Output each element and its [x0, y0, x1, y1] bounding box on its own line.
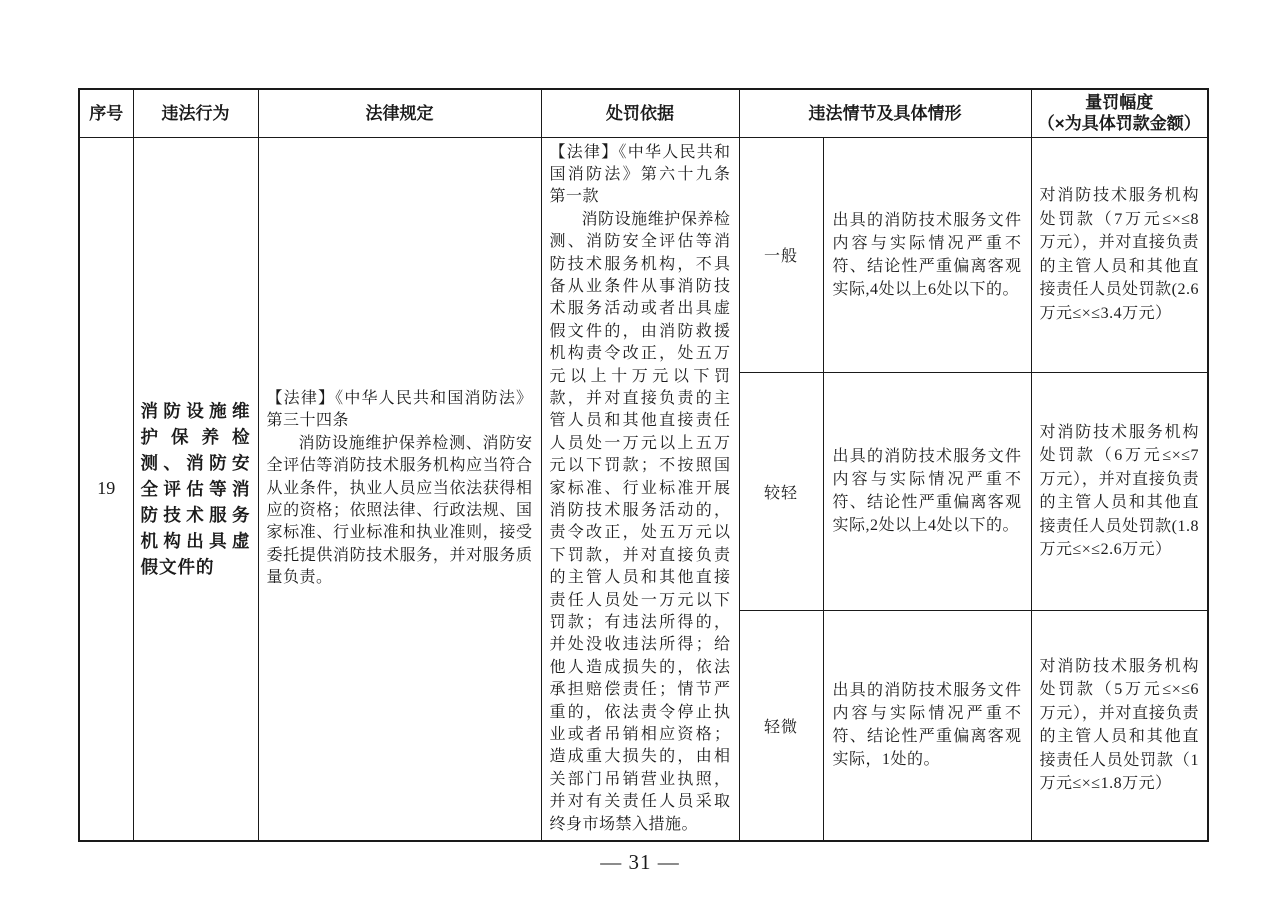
document-page: 序号 违法行为 法律规定 处罚依据 违法情节及具体情形 量罚幅度 （×为具体罚款… [0, 0, 1280, 905]
header-illegal-behavior: 违法行为 [133, 89, 258, 137]
situation-text: 出具的消防技术服务文件内容与实际情况严重不符、结论性严重偏离客观实际,4处以上6… [823, 137, 1031, 372]
page-number: — 31 — [0, 850, 1280, 875]
header-circumstances: 违法情节及具体情形 [739, 89, 1031, 137]
legal-provision-cell: 【法律】《中华人民共和国消防法》第三十四条 消防设施维护保养检测、消防安全评估等… [258, 137, 541, 841]
table-row-general: 19 消防设施维护保养检测、消防安全评估等消防技术服务机构出具虚假文件的 【法律… [79, 137, 1208, 372]
severity-level: 一般 [739, 137, 823, 372]
punishment-basis-cell: 【法律】《中华人民共和国消防法》第六十九条第一款 消防设施维护保养检测、消防安全… [541, 137, 739, 841]
header-seq-no: 序号 [79, 89, 133, 137]
header-penalty-range-line2: （×为具体罚款金额） [1034, 113, 1206, 134]
penalty-text: 对消防技术服务机构处罚款（6万元≤×≤7万元），并对直接负责的主管人员和其他直接… [1031, 372, 1208, 610]
table-header-row: 序号 违法行为 法律规定 处罚依据 违法情节及具体情形 量罚幅度 （×为具体罚款… [79, 89, 1208, 137]
penalty-text: 对消防技术服务机构处罚款（5万元≤×≤6万元），并对直接负责的主管人员和其他直接… [1031, 610, 1208, 841]
seq-number: 19 [79, 137, 133, 841]
penalty-table: 序号 违法行为 法律规定 处罚依据 违法情节及具体情形 量罚幅度 （×为具体罚款… [78, 88, 1209, 842]
legal-provision-body: 消防设施维护保养检测、消防安全评估等消防技术服务机构应当符合从业条件，执业人员应… [267, 433, 533, 590]
punishment-basis-body: 消防设施维护保养检测、消防安全评估等消防技术服务机构，不具备从业条件从事消防技术… [550, 209, 731, 836]
header-legal-provision: 法律规定 [258, 89, 541, 137]
legal-provision-heading: 【法律】《中华人民共和国消防法》第三十四条 [267, 388, 533, 433]
severity-level: 轻微 [739, 610, 823, 841]
situation-text: 出具的消防技术服务文件内容与实际情况严重不符、结论性严重偏离客观实际，1处的。 [823, 610, 1031, 841]
header-punishment-basis: 处罚依据 [541, 89, 739, 137]
header-penalty-range-line1: 量罚幅度 [1034, 92, 1206, 113]
illegal-behavior-cell: 消防设施维护保养检测、消防安全评估等消防技术服务机构出具虚假文件的 [133, 137, 258, 841]
header-penalty-range: 量罚幅度 （×为具体罚款金额） [1031, 89, 1208, 137]
situation-text: 出具的消防技术服务文件内容与实际情况严重不符、结论性严重偏离客观实际,2处以上4… [823, 372, 1031, 610]
severity-level: 较轻 [739, 372, 823, 610]
punishment-basis-heading: 【法律】《中华人民共和国消防法》第六十九条第一款 [550, 142, 731, 209]
penalty-text: 对消防技术服务机构处罚款（7万元≤×≤8万元），并对直接负责的主管人员和其他直接… [1031, 137, 1208, 372]
